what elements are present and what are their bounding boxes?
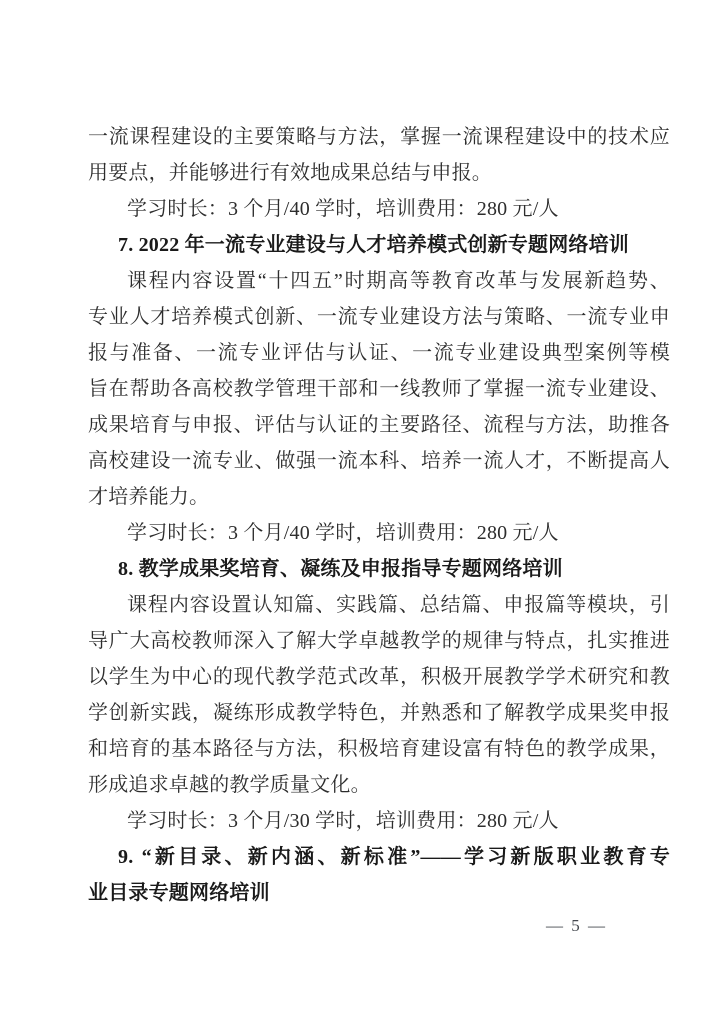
intro-paragraph-line: 用要点，并能够进行有效地成果总结与申报。 <box>88 155 670 191</box>
course-8-paragraph-line: 以学生为中心的现代教学范式改革，积极开展教学学术研究和教 <box>88 659 670 695</box>
course-8-paragraph-line: 形成追求卓越的教学质量文化。 <box>88 767 670 803</box>
course-8-paragraph-line: 课程内容设置认知篇、实践篇、总结篇、申报篇等模块，引 <box>88 587 670 623</box>
document-page: 一流课程建设的主要策略与方法，掌握一流课程建设中的技术应 用要点，并能够进行有效… <box>0 0 725 1025</box>
course-7-paragraph-line: 才培养能力。 <box>88 479 670 515</box>
course-8-paragraph-line: 导广大高校教师深入了解大学卓越教学的规律与特点，扎实推进 <box>88 623 670 659</box>
document-body: 一流课程建设的主要策略与方法，掌握一流课程建设中的技术应 用要点，并能够进行有效… <box>88 119 670 911</box>
course-7-paragraph-line: 旨在帮助各高校教学管理干部和一线教师了掌握一流专业建设、 <box>88 371 670 407</box>
course-9-heading-line: 业目录专题网络培训 <box>88 875 670 911</box>
course-7-paragraph-line: 高校建设一流专业、做强一流本科、培养一流人才，不断提高人 <box>88 443 670 479</box>
course-7-paragraph-line: 课程内容设置“十四五”时期高等教育改革与发展新趋势、 <box>88 263 670 299</box>
course-7-paragraph-line: 专业人才培养模式创新、一流专业建设方法与策略、一流专业申 <box>88 299 670 335</box>
course-7-paragraph-line: 报与准备、一流专业评估与认证、一流专业建设典型案例等模块， <box>88 335 670 371</box>
page-number: — 5 — <box>546 917 607 935</box>
course-7-paragraph-line: 成果培育与申报、评估与认证的主要路径、流程与方法，助推各 <box>88 407 670 443</box>
course-7-heading: 7. 2022 年一流专业建设与人才培养模式创新专题网络培训 <box>88 227 670 263</box>
course-8-heading: 8. 教学成果奖培育、凝练及申报指导专题网络培训 <box>88 551 670 587</box>
course-6-meta: 学习时长：3 个月/40 学时，培训费用：280 元/人 <box>88 191 670 227</box>
course-8-paragraph-line: 学创新实践，凝练形成教学特色，并熟悉和了解教学成果奖申报 <box>88 695 670 731</box>
course-8-meta: 学习时长：3 个月/30 学时，培训费用：280 元/人 <box>88 803 670 839</box>
course-7-meta: 学习时长：3 个月/40 学时，培训费用：280 元/人 <box>88 515 670 551</box>
course-9-heading-line: 9. “新目录、新内涵、新标准”——学习新版职业教育专 <box>88 839 670 875</box>
course-8-paragraph-line: 和培育的基本路径与方法，积极培育建设富有特色的教学成果， <box>88 731 670 767</box>
intro-paragraph-line: 一流课程建设的主要策略与方法，掌握一流课程建设中的技术应 <box>88 119 670 155</box>
